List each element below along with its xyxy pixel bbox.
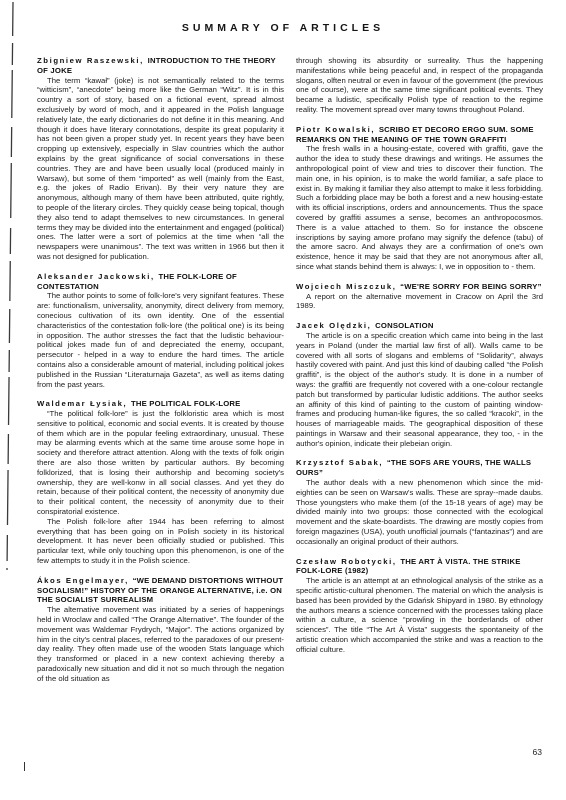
paragraph: “The political folk-lore” is just the fo… (37, 409, 284, 517)
paragraph: The Polish folk-lore after 1944 has been… (37, 517, 284, 566)
article-author: Aleksander Jackowski, (37, 272, 159, 281)
paragraph: The term “kawał” (joke) is not semantica… (37, 76, 284, 262)
article-title: CONSOLATION (375, 321, 433, 330)
article: Czesław Robotycki, THE ART À VISTA. THE … (296, 557, 543, 655)
article: Krzysztof Sabak, “THE SOFS ARE YOURS, TH… (296, 458, 543, 546)
article: Wojciech Miszczuk, “WE'RE SORRY FOR BEIN… (296, 282, 543, 311)
article: Aleksander Jackowski, THE FOLK-LORE OF C… (37, 272, 284, 390)
paragraph: The author deals with a new phenomenon w… (296, 478, 543, 547)
paragraph: The alternative movement was initiated b… (37, 605, 284, 683)
column-right: through showing its absurdity or surreal… (296, 56, 543, 665)
article: Piotr Kowalski, SCRIBO ET DECORO ERGO SU… (296, 125, 543, 272)
page-fold-line (0, 0, 30, 600)
article-author: Ákos Engelmayer, (37, 576, 133, 585)
article-heading: Jacek Olędzki, CONSOLATION (296, 321, 543, 331)
paragraph: The article is on a specific creation wh… (296, 331, 543, 449)
article: Waldemar Łysiak, THE POLITICAL FOLK-LORE… (37, 399, 284, 566)
page-number: 63 (296, 747, 542, 757)
paragraph: The fresh walls in a housing-estate, cov… (296, 144, 543, 271)
article-heading: Krzysztof Sabak, “THE SOFS ARE YOURS, TH… (296, 458, 543, 478)
article-heading: Czesław Robotycki, THE ART À VISTA. THE … (296, 557, 543, 577)
article-heading: Zbigniew Raszewski, INTRODUCTION TO THE … (37, 56, 284, 76)
article-author: Jacek Olędzki, (296, 321, 375, 330)
article-heading: Ákos Engelmayer, “WE DEMAND DISTORTIONS … (37, 576, 284, 605)
article-title: THE POLITICAL FOLK-LORE (131, 399, 241, 408)
article-author: Zbigniew Raszewski, (37, 56, 148, 65)
article-heading: Wojciech Miszczuk, “WE'RE SORRY FOR BEIN… (296, 282, 543, 292)
paragraph: through showing its absurdity or surreal… (296, 56, 543, 115)
article-author: Krzysztof Sabak, (296, 458, 387, 467)
page-title: SUMMARY OF ARTICLES (0, 22, 566, 34)
article-heading: Waldemar Łysiak, THE POLITICAL FOLK-LORE (37, 399, 284, 409)
article-heading: Piotr Kowalski, SCRIBO ET DECORO ERGO SU… (296, 125, 543, 145)
paragraph: The article is an attempt at an ethnolog… (296, 576, 543, 654)
article: Zbigniew Raszewski, INTRODUCTION TO THE … (37, 56, 284, 262)
article-continuation: through showing its absurdity or surreal… (296, 56, 543, 115)
paragraph: A report on the alternative movement in … (296, 292, 543, 312)
article: Ákos Engelmayer, “WE DEMAND DISTORTIONS … (37, 576, 284, 684)
registration-tick (24, 762, 25, 771)
article-author: Wojciech Miszczuk, (296, 282, 400, 291)
article-author: Czesław Robotycki, (296, 557, 400, 566)
paragraph: The author points to some of folk-lore's… (37, 291, 284, 389)
article-author: Piotr Kowalski, (296, 125, 379, 134)
column-left: Zbigniew Raszewski, INTRODUCTION TO THE … (37, 56, 284, 694)
article-title: “WE'RE SORRY FOR BEING SORRY” (400, 282, 541, 291)
article-author: Waldemar Łysiak, (37, 399, 131, 408)
article-heading: Aleksander Jackowski, THE FOLK-LORE OF C… (37, 272, 284, 292)
article: Jacek Olędzki, CONSOLATIONThe article is… (296, 321, 543, 448)
